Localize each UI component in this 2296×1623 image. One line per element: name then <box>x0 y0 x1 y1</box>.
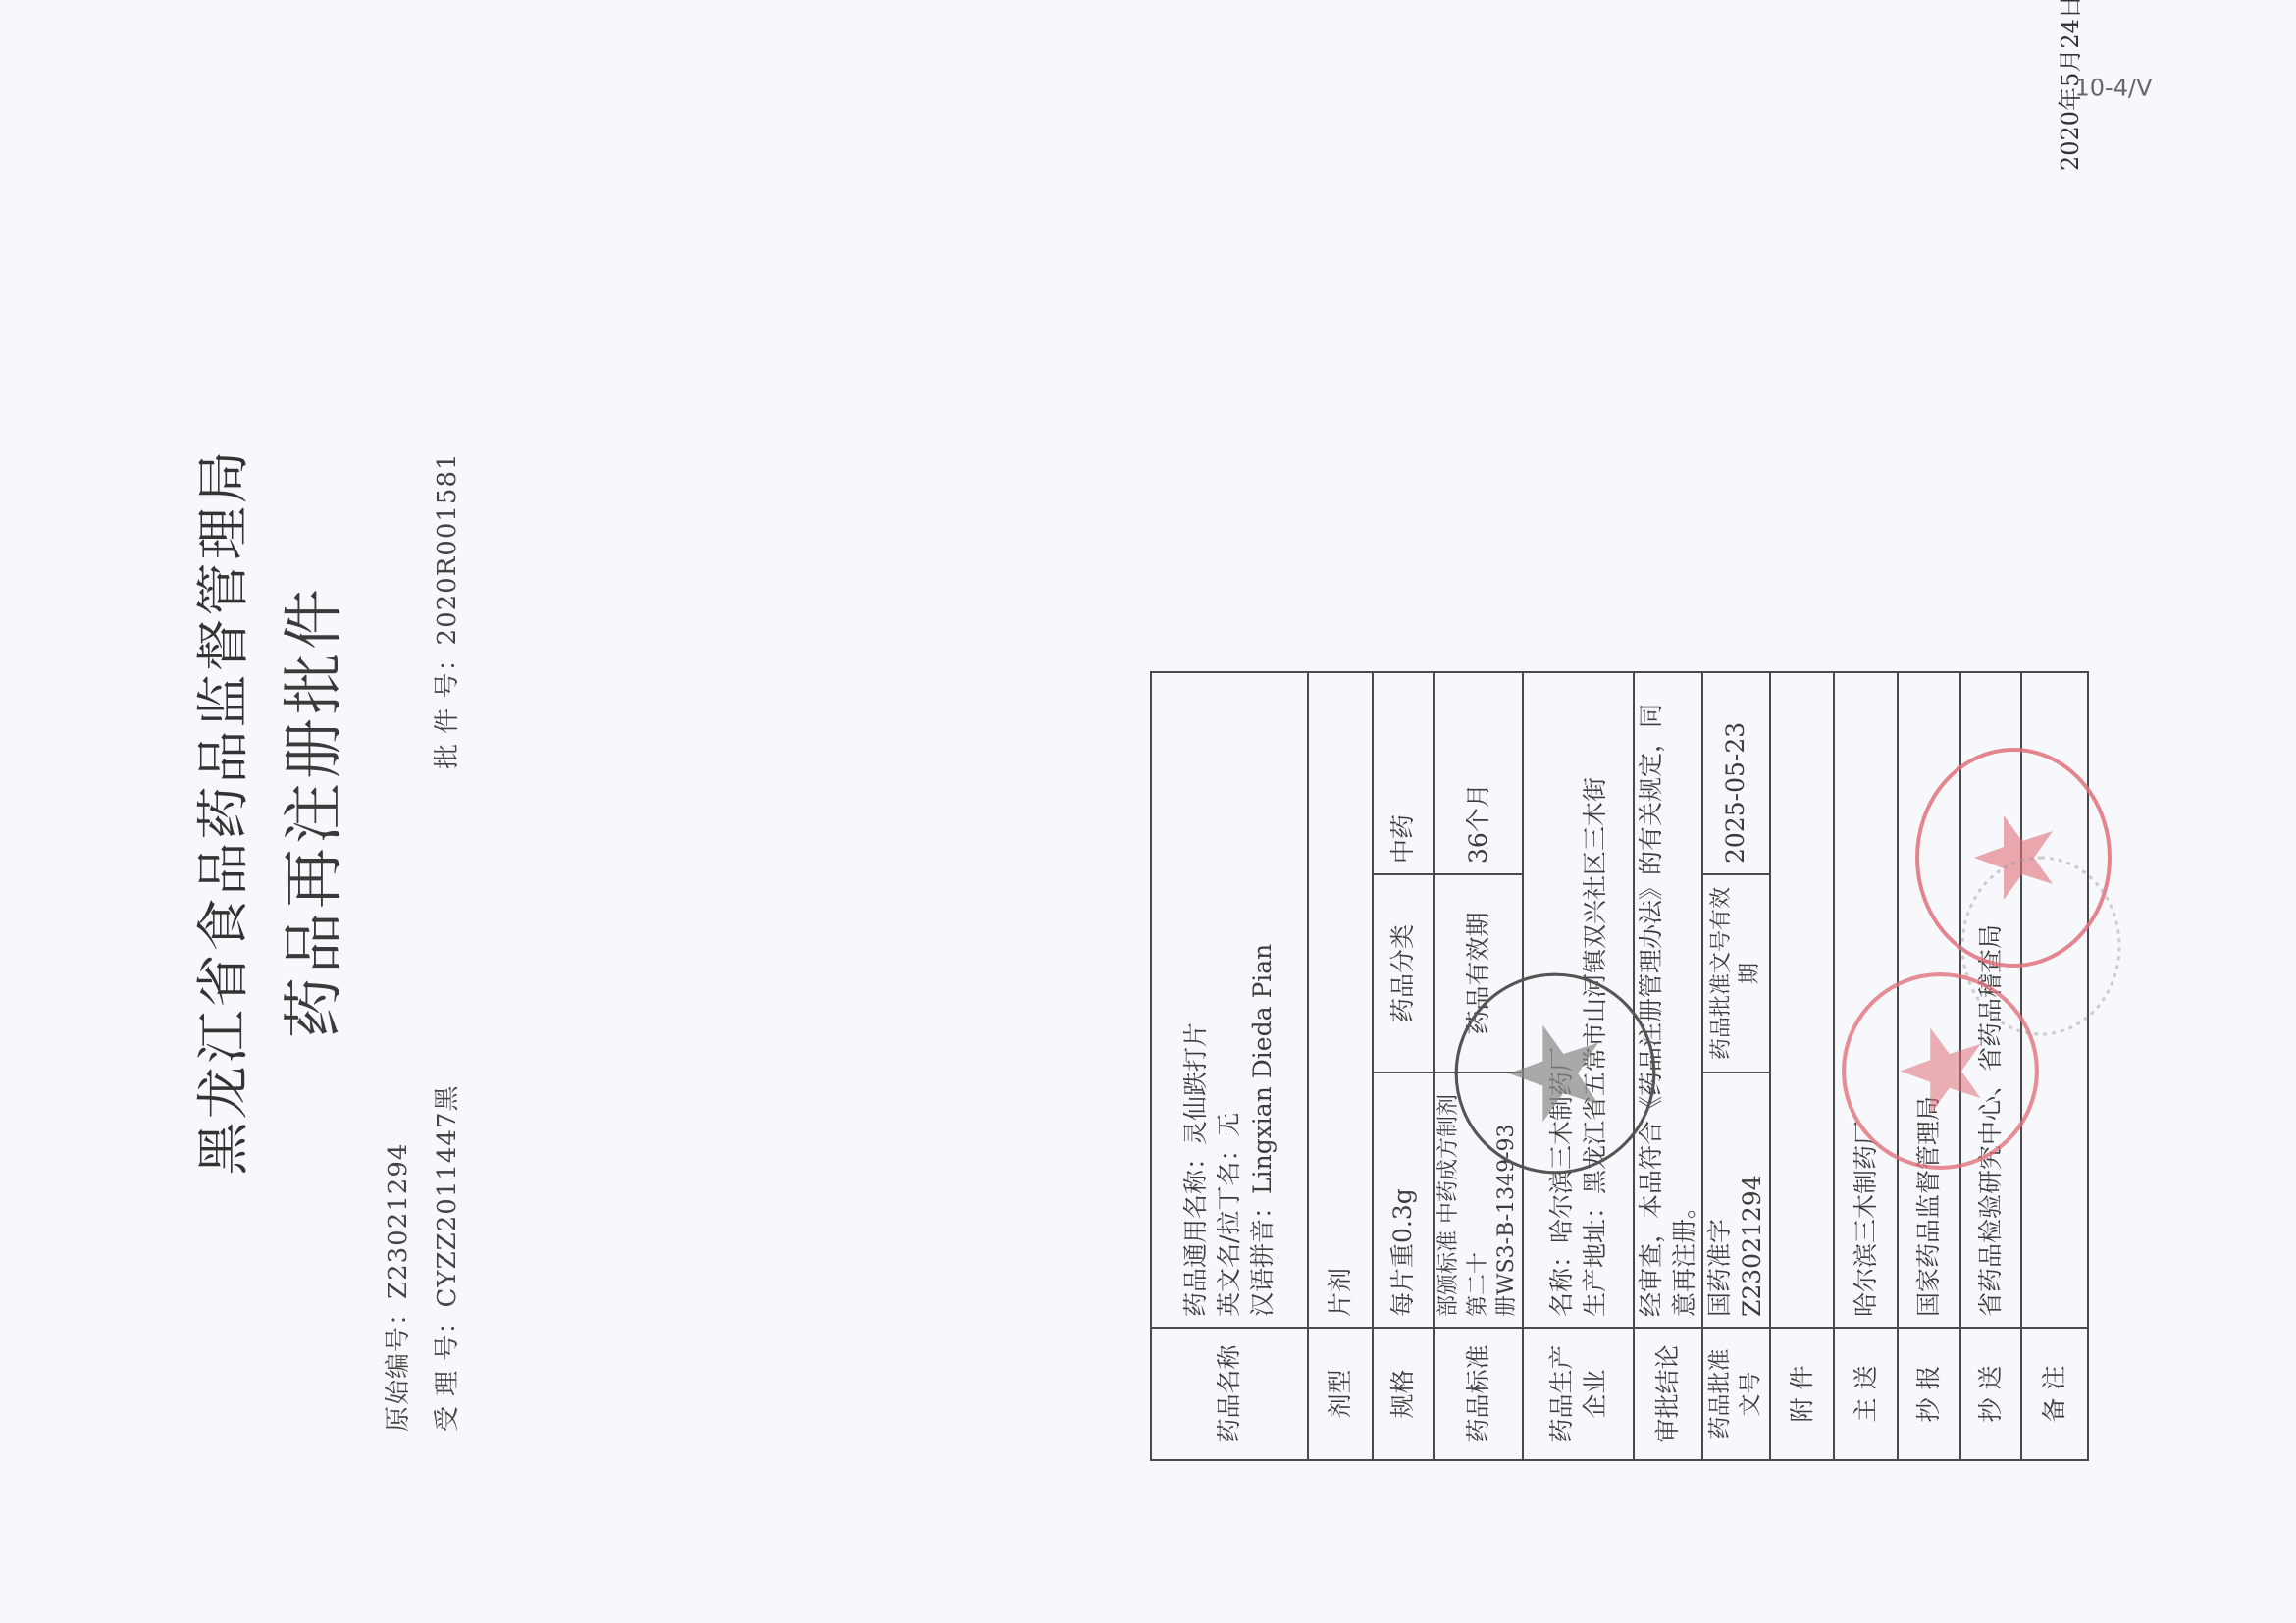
label-category: 药品分类 <box>1373 874 1434 1073</box>
document-title: 药品再注册批件 <box>265 0 352 1623</box>
row-cc-send: 抄 送 省药品检验研究中心、省药品稽查局 <box>1960 672 2021 1460</box>
enterprise-name: 名称：哈尔滨三木制药厂 <box>1545 683 1579 1317</box>
value-category: 中药 <box>1373 672 1434 874</box>
value-spec: 每片重0.3g <box>1373 1073 1434 1328</box>
value-validity: 36个月 <box>1434 672 1523 874</box>
value-dosage-form: 片剂 <box>1308 672 1373 1328</box>
registration-table: 药品名称 药品通用名称：灵仙跌打片 英文名/拉丁名：无 汉语拼音：Lingxia… <box>1150 671 2089 1461</box>
value-cc-report: 国家药品监督管理局 <box>1898 672 1960 1328</box>
value-enterprise: 名称：哈尔滨三木制药厂 生产地址：黑龙江省五常市山河镇双兴社区三木街 <box>1523 672 1634 1328</box>
label-cc-report: 抄 报 <box>1898 1328 1960 1460</box>
issuing-authority: 黑龙江省食品药品监督管理局 <box>182 0 257 1623</box>
value-main-recipient: 哈尔滨三木制药厂 <box>1834 672 1898 1328</box>
row-spec: 规格 每片重0.3g 药品分类 中药 <box>1373 672 1434 1460</box>
label-standard: 药品标准 <box>1434 1328 1523 1460</box>
label-spec: 规格 <box>1373 1328 1434 1460</box>
value-approval-validity: 2025-05-23 <box>1702 672 1771 874</box>
enterprise-address: 生产地址：黑龙江省五常市山河镇双兴社区三木街 <box>1579 683 1612 1317</box>
label-attachment: 附 件 <box>1770 1328 1834 1460</box>
row-drug-name: 药品名称 药品通用名称：灵仙跌打片 英文名/拉丁名：无 汉语拼音：Lingxia… <box>1151 672 1308 1460</box>
row-main-recipient: 主 送 哈尔滨三木制药厂 <box>1834 672 1898 1460</box>
label-validity: 药品有效期 <box>1434 874 1523 1073</box>
approval-document-number: 批 件 号：2020R001581 <box>427 452 463 769</box>
original-number: 原始编号：Z23021294 <box>378 1143 414 1432</box>
handwritten-note: 10-4/V <box>2075 75 2153 102</box>
label-approval-number: 药品批准文号 <box>1702 1328 1771 1460</box>
row-dosage-form: 剂型 片剂 <box>1308 672 1373 1460</box>
row-attachment: 附 件 <box>1770 672 1834 1460</box>
label-conclusion: 审批结论 <box>1634 1328 1702 1460</box>
value-attachment <box>1770 672 1834 1328</box>
row-enterprise: 药品生产企业 名称：哈尔滨三木制药厂 生产地址：黑龙江省五常市山河镇双兴社区三木… <box>1523 672 1634 1460</box>
row-conclusion: 审批结论 经审查，本品符合《药品注册管理办法》的有关规定，同意再注册。 <box>1634 672 1702 1460</box>
label-remarks: 备 注 <box>2021 1328 2088 1460</box>
row-approval-number: 药品批准文号 国药准字Z23021294 药品批准文号有效期 2025-05-2… <box>1702 672 1771 1460</box>
label-drug-name: 药品名称 <box>1151 1328 1308 1460</box>
row-standard: 药品标准 部颁标准 中药成方制剂第二十 册WS3-B-1349-93 药品有效期… <box>1434 672 1523 1460</box>
value-cc-send: 省药品检验研究中心、省药品稽查局 <box>1960 672 2021 1328</box>
label-main-recipient: 主 送 <box>1834 1328 1898 1460</box>
english-name: 英文名/拉丁名：无 <box>1213 683 1246 1317</box>
label-enterprise: 药品生产企业 <box>1523 1328 1634 1460</box>
row-cc-report: 抄 报 国家药品监督管理局 <box>1898 672 1960 1460</box>
value-standard: 部颁标准 中药成方制剂第二十 册WS3-B-1349-93 <box>1434 1073 1523 1328</box>
value-conclusion: 经审查，本品符合《药品注册管理办法》的有关规定，同意再注册。 <box>1634 672 1702 1328</box>
label-approval-validity: 药品批准文号有效期 <box>1702 874 1771 1073</box>
value-approval-number: 国药准字Z23021294 <box>1702 1073 1771 1328</box>
value-drug-name: 药品通用名称：灵仙跌打片 英文名/拉丁名：无 汉语拼音：Lingxian Die… <box>1151 672 1308 1328</box>
label-dosage-form: 剂型 <box>1308 1328 1373 1460</box>
acceptance-number: 受 理 号：CYZZ2011447黑 <box>427 1084 463 1432</box>
approval-document-page: 黑龙江省食品药品监督管理局 药品再注册批件 原始编号：Z23021294 受 理… <box>0 0 2296 1623</box>
generic-name: 药品通用名称：灵仙跌打片 <box>1179 683 1213 1317</box>
label-cc-send: 抄 送 <box>1960 1328 2021 1460</box>
row-remarks: 备 注 <box>2021 672 2088 1460</box>
value-remarks <box>2021 672 2088 1328</box>
pinyin-name: 汉语拼音：Lingxian Dieda Pian <box>1246 683 1279 1317</box>
